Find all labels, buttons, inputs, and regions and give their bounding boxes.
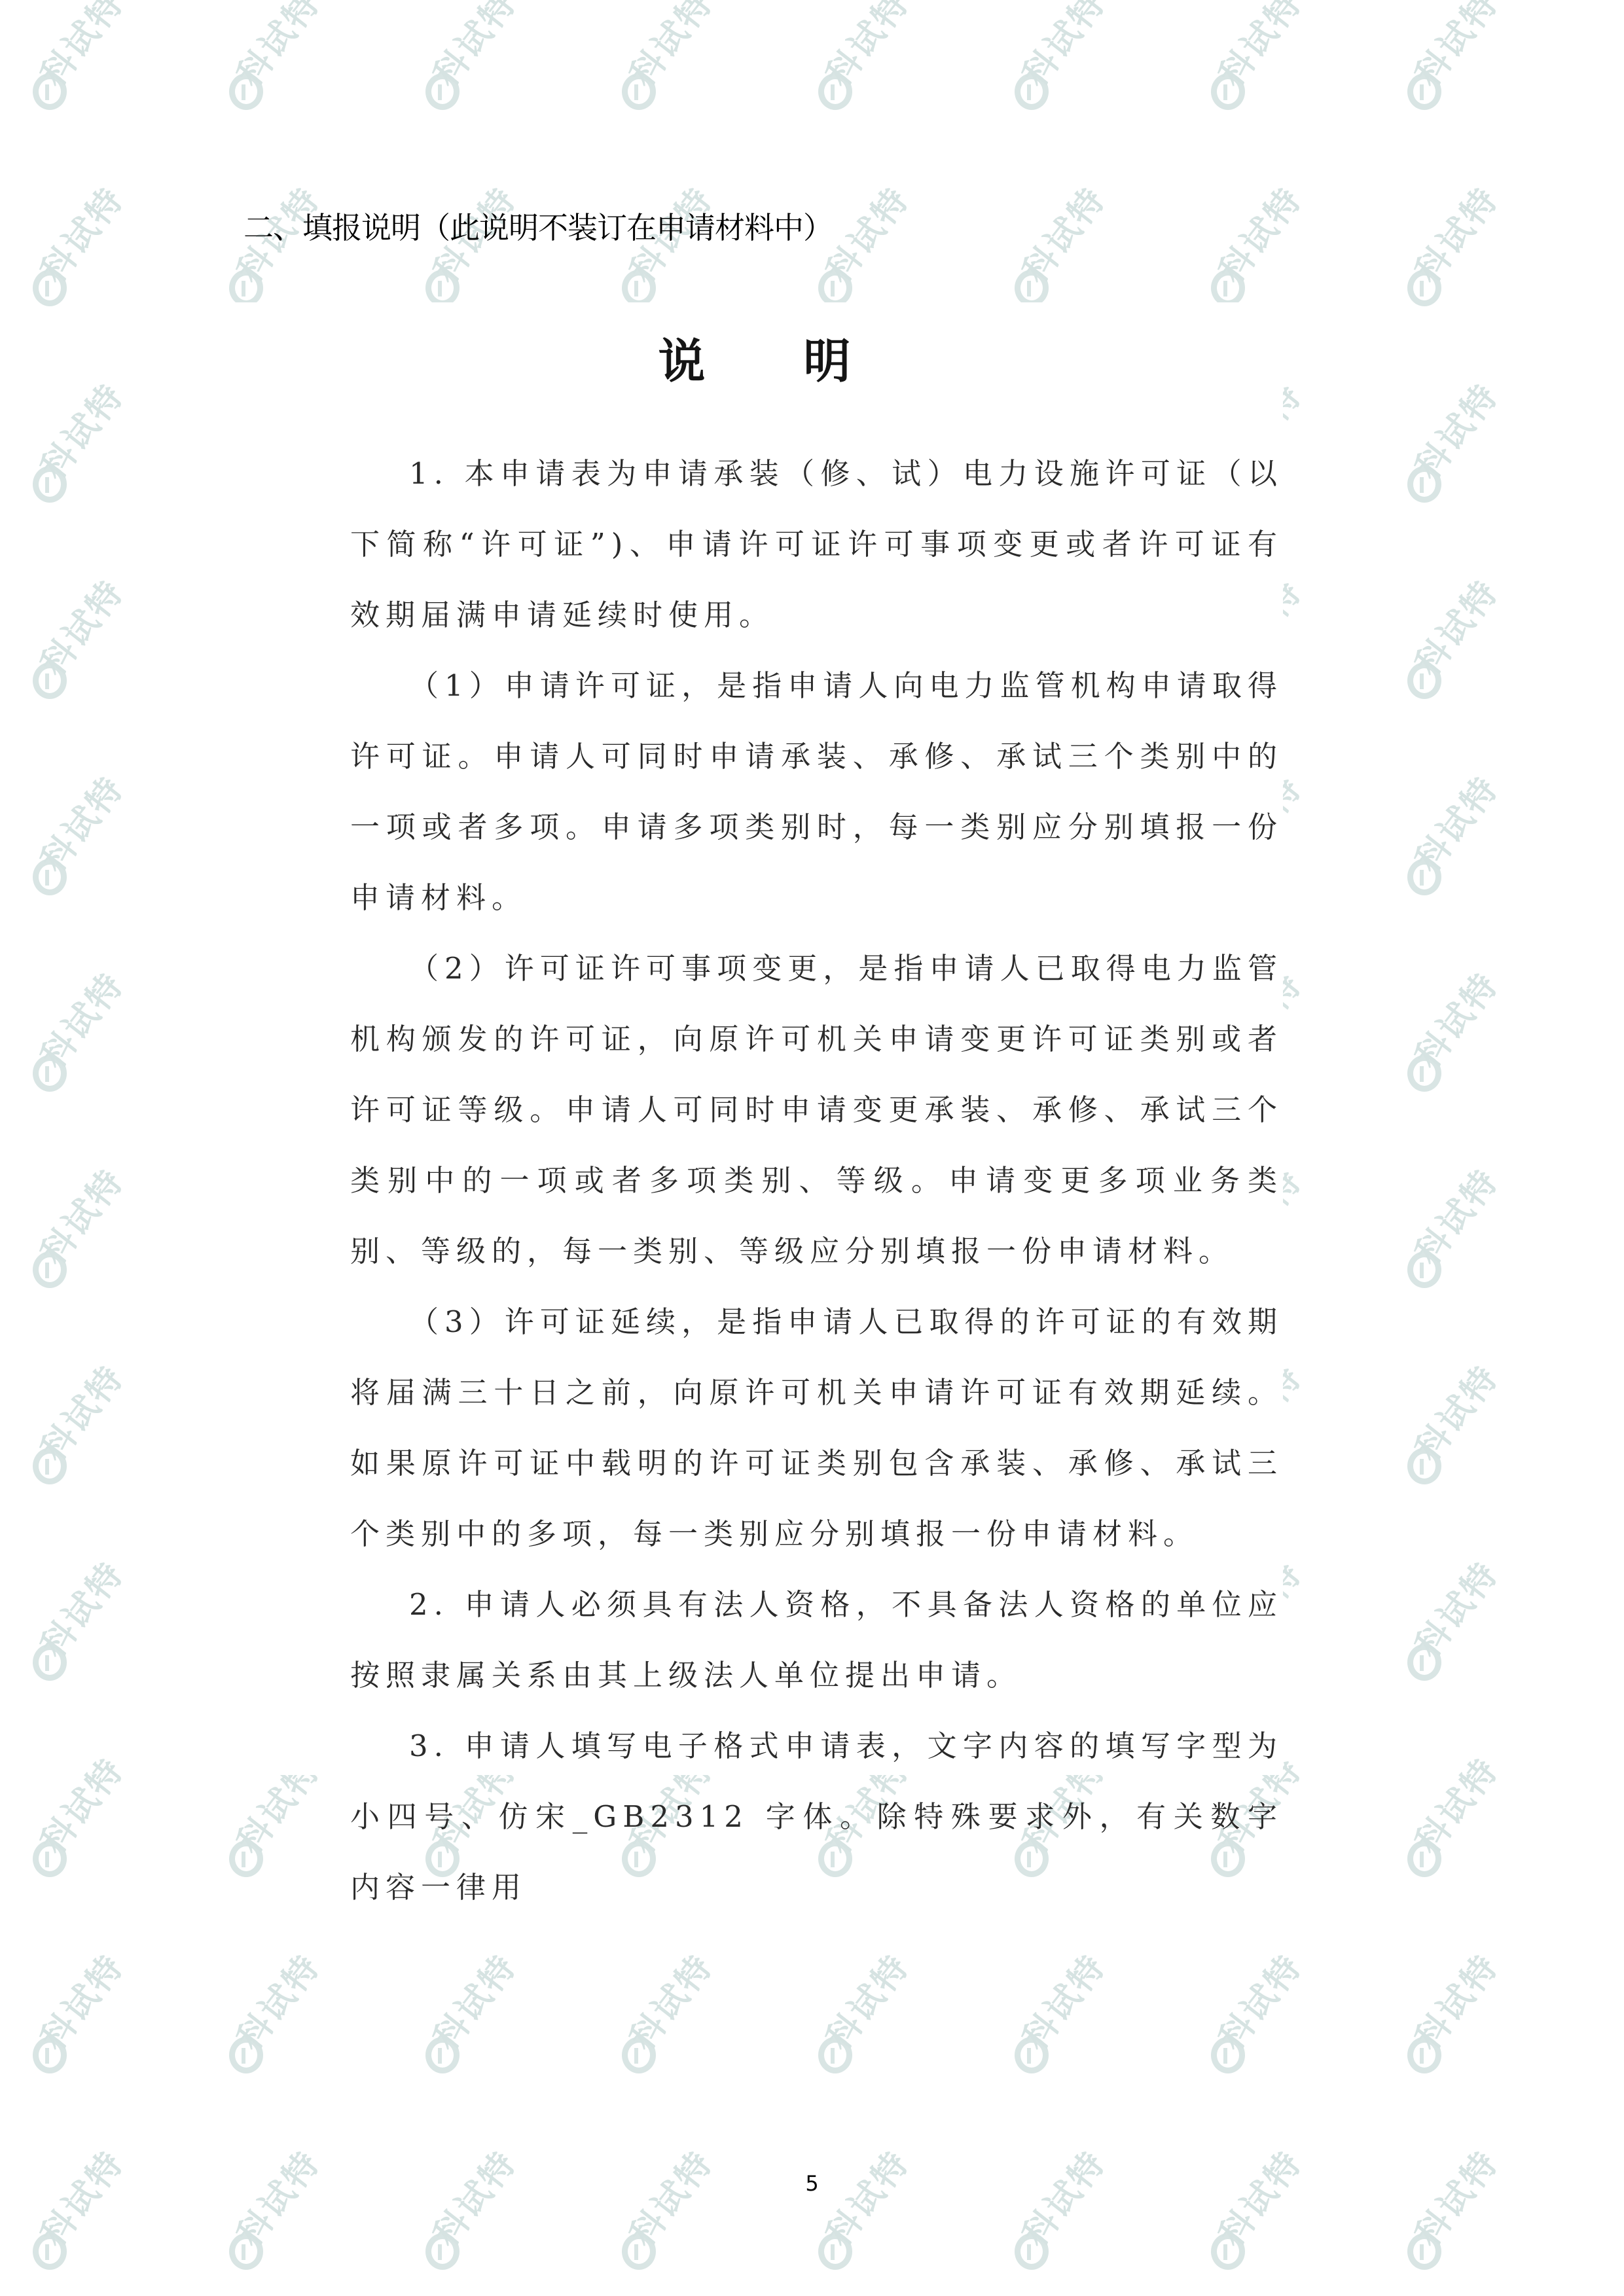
k-circle-logo-icon (1015, 2233, 1049, 2270)
k-circle-logo-icon (1407, 1251, 1441, 1288)
k-circle-logo-icon (33, 859, 67, 895)
k-circle-logo-icon (1407, 466, 1441, 503)
watermark-text: 科试特 (1401, 1549, 1508, 1666)
watermark: 科试特 (1407, 805, 1564, 903)
k-circle-logo-icon (33, 1448, 67, 1484)
watermark-text: 科试特 (27, 1156, 134, 1273)
k-circle-logo-icon (33, 2037, 67, 2073)
watermark-text: 科试特 (1401, 960, 1508, 1077)
watermark: 科试特 (818, 20, 975, 118)
k-circle-logo-icon (622, 2233, 656, 2270)
k-circle-logo-icon (425, 73, 460, 110)
k-circle-logo-icon (1407, 859, 1441, 895)
watermark: 科试特 (33, 609, 190, 707)
instructions-scan-block: 说明 1. 本申请表为申请承装（修、试）电力设施许可证（以下简称“许可证”)、申… (226, 302, 1283, 1775)
watermark-text: 科试特 (223, 1941, 330, 2058)
k-circle-logo-icon (229, 1840, 263, 1877)
watermark-text: 科试特 (1205, 1941, 1312, 2058)
k-circle-logo-icon (1407, 2037, 1441, 2073)
k-circle-logo-icon (1407, 270, 1441, 306)
k-circle-logo-icon (622, 2037, 656, 2073)
watermark: 科试特 (622, 20, 779, 118)
watermark: 科试特 (1015, 1983, 1172, 2081)
watermark-text: 科试特 (420, 0, 526, 95)
watermark: 科试特 (33, 1001, 190, 1100)
k-circle-logo-icon (1015, 270, 1049, 306)
watermark: 科试特 (33, 216, 190, 314)
watermark-text: 科试特 (1009, 2138, 1115, 2255)
k-circle-logo-icon (33, 1251, 67, 1288)
k-circle-logo-icon (818, 270, 852, 306)
k-circle-logo-icon (33, 2233, 67, 2270)
watermark-text: 科试特 (420, 2138, 526, 2255)
watermark: 科试特 (1407, 412, 1564, 511)
k-circle-logo-icon (33, 662, 67, 699)
k-circle-logo-icon (33, 270, 67, 306)
watermark: 科试特 (33, 1983, 190, 2081)
k-circle-logo-icon (818, 2233, 852, 2270)
watermark: 科试特 (1407, 1198, 1564, 1296)
k-circle-logo-icon (33, 1644, 67, 1681)
k-circle-logo-icon (1211, 270, 1245, 306)
k-circle-logo-icon (1407, 1840, 1441, 1877)
watermark-text: 科试特 (27, 0, 134, 95)
watermark: 科试特 (33, 20, 190, 118)
k-circle-logo-icon (1015, 73, 1049, 110)
watermark: 科试特 (229, 20, 386, 118)
watermark-text: 科试特 (1205, 0, 1312, 95)
k-circle-logo-icon (818, 73, 852, 110)
k-circle-logo-icon (1407, 662, 1441, 699)
watermark-text: 科试特 (27, 1745, 134, 1862)
watermark: 科试特 (1211, 20, 1368, 118)
watermark: 科试特 (425, 1983, 583, 2081)
watermark-text: 科试特 (27, 1549, 134, 1666)
watermark: 科试特 (33, 1590, 190, 1689)
watermark: 科试特 (1407, 1983, 1564, 2081)
watermark: 科试特 (1015, 20, 1172, 118)
watermark-text: 科试特 (420, 1941, 526, 2058)
watermark: 科试特 (1407, 1787, 1564, 1885)
watermark-text: 科试特 (1401, 1941, 1508, 2058)
watermark: 科试特 (1211, 1983, 1368, 2081)
k-circle-logo-icon (33, 466, 67, 503)
watermark-text: 科试特 (1009, 1941, 1115, 2058)
watermark: 科试特 (33, 805, 190, 903)
watermark-text: 科试特 (1401, 174, 1508, 291)
k-circle-logo-icon (1407, 1644, 1441, 1681)
page-number: 5 (0, 2171, 1624, 2196)
watermark: 科试特 (818, 216, 975, 314)
document-title: 说明 (226, 329, 1283, 394)
watermark-text: 科试特 (1401, 1156, 1508, 1273)
k-circle-logo-icon (1211, 2037, 1245, 2073)
watermark: 科试特 (425, 20, 583, 118)
k-circle-logo-icon (622, 73, 656, 110)
watermark-text: 科试特 (1401, 763, 1508, 880)
watermark-text: 科试特 (27, 174, 134, 291)
watermark: 科试特 (1407, 1394, 1564, 1492)
paragraph-1-1: （1）申请许可证，是指申请人向电力监管机构申请取得许可证。申请人可同时申请承装、… (350, 651, 1283, 933)
watermark: 科试特 (1407, 20, 1564, 118)
watermark: 科试特 (33, 412, 190, 511)
watermark-text: 科试特 (27, 567, 134, 684)
paragraph-2: 2. 申请人必须具有法人资格，不具备法人资格的单位应按照隶属关系由其上级法人单位… (350, 1570, 1283, 1711)
watermark: 科试特 (33, 1787, 190, 1885)
watermark-text: 科试特 (812, 2138, 919, 2255)
watermark-text: 科试特 (1401, 1745, 1508, 1862)
watermark-text: 科试特 (1205, 2138, 1312, 2255)
watermark-text: 科试特 (223, 2138, 330, 2255)
k-circle-logo-icon (229, 73, 263, 110)
watermark-text: 科试特 (1009, 174, 1115, 291)
watermark-text: 科试特 (812, 1941, 919, 2058)
paragraph-3: 3. 申请人填写电子格式申请表，文字内容的填写字型为小四号、仿宋_GB2312 … (350, 1711, 1283, 1923)
watermark-text: 科试特 (1009, 0, 1115, 95)
k-circle-logo-icon (229, 270, 263, 306)
watermark-text: 科试特 (1205, 174, 1312, 291)
watermark: 科试特 (229, 1983, 386, 2081)
watermark-text: 科试特 (616, 1941, 723, 2058)
watermark-text: 科试特 (1401, 1352, 1508, 1469)
watermark: 科试特 (33, 1394, 190, 1492)
watermark-text: 科试特 (1401, 370, 1508, 488)
k-circle-logo-icon (425, 2037, 460, 2073)
paragraph-1-3: （3）许可证延续，是指申请人已取得的许可证的有效期将届满三十日之前，向原许可机关… (350, 1287, 1283, 1570)
instructions-body: 1. 本申请表为申请承装（修、试）电力设施许可证（以下简称“许可证”)、申请许可… (350, 439, 1283, 1923)
k-circle-logo-icon (425, 270, 460, 306)
k-circle-logo-icon (33, 73, 67, 110)
paragraph-1: 1. 本申请表为申请承装（修、试）电力设施许可证（以下简称“许可证”)、申请许可… (350, 439, 1283, 651)
k-circle-logo-icon (622, 270, 656, 306)
k-circle-logo-icon (1015, 2037, 1049, 2073)
watermark-text: 科试特 (27, 763, 134, 880)
k-circle-logo-icon (229, 2233, 263, 2270)
watermark: 科试特 (1211, 216, 1368, 314)
k-circle-logo-icon (1211, 73, 1245, 110)
watermark-text: 科试特 (27, 2138, 134, 2255)
watermark-text: 科试特 (1401, 2138, 1508, 2255)
watermark-text: 科试特 (616, 2138, 723, 2255)
k-circle-logo-icon (229, 2037, 263, 2073)
watermark: 科试特 (1407, 1001, 1564, 1100)
watermark-text: 科试特 (27, 1352, 134, 1469)
k-circle-logo-icon (1407, 2233, 1441, 2270)
watermark: 科试特 (1407, 216, 1564, 314)
watermark-text: 科试特 (812, 0, 919, 95)
watermark-text: 科试特 (223, 0, 330, 95)
watermark: 科试特 (1015, 216, 1172, 314)
watermark-text: 科试特 (27, 1941, 134, 2058)
section-heading: 二、填报说明（此说明不装订在申请材料中） (244, 208, 833, 247)
watermark-text: 科试特 (27, 370, 134, 488)
k-circle-logo-icon (425, 2233, 460, 2270)
k-circle-logo-icon (33, 1840, 67, 1877)
watermark: 科试特 (818, 1983, 975, 2081)
k-circle-logo-icon (1211, 2233, 1245, 2270)
watermark-text: 科试特 (1401, 0, 1508, 95)
watermark-text: 科试特 (1401, 567, 1508, 684)
k-circle-logo-icon (33, 1055, 67, 1092)
watermark-text: 科试特 (27, 960, 134, 1077)
paragraph-1-2: （2）许可证许可事项变更，是指申请人已取得电力监管机构颁发的许可证，向原许可机关… (350, 933, 1283, 1287)
watermark-text: 科试特 (616, 0, 723, 95)
k-circle-logo-icon (1407, 73, 1441, 110)
k-circle-logo-icon (1407, 1448, 1441, 1484)
watermark: 科试特 (33, 1198, 190, 1296)
watermark: 科试特 (1407, 1590, 1564, 1689)
watermark: 科试特 (622, 1983, 779, 2081)
watermark: 科试特 (1407, 609, 1564, 707)
k-circle-logo-icon (1407, 1055, 1441, 1092)
k-circle-logo-icon (818, 2037, 852, 2073)
